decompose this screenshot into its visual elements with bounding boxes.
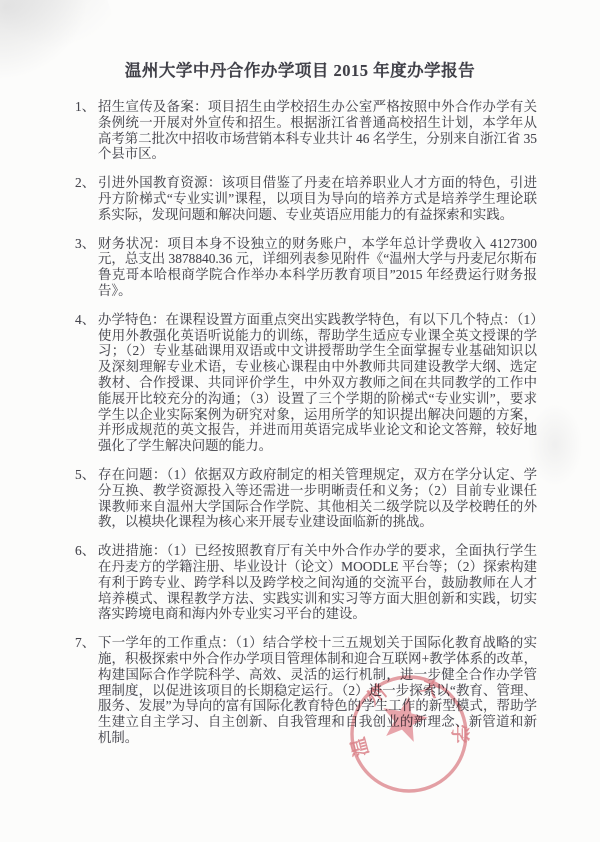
paragraph-text: 引进外国教育资源：该项目借鉴了丹麦在培养职业人才方面的特色，引进丹方阶梯式“专业… — [98, 175, 537, 222]
paragraph-number: 6、 — [75, 543, 95, 559]
paragraph-number: 3、 — [75, 236, 95, 252]
document-title: 温州大学中丹合作办学项目 2015 年度办学报告 — [0, 57, 600, 81]
scanned-report-page: 温州大学中丹合作办学项目 2015 年度办学报告 1、 招生宣传及备案：项目招生… — [0, 0, 600, 842]
paragraph-finance: 3、 财务状况：项目本身不设独立的财务账户，本学年总计学费收入 4127300 … — [75, 236, 537, 299]
paragraph-text: 下一学年的工作重点：（1）结合学校十三五规划关于国际化教育战略的实施，积极探索中… — [98, 635, 537, 745]
paragraph-number: 7、 — [75, 635, 95, 651]
paragraph-text: 招生宣传及备案：项目招生由学校招生办公室严格按照中外合作办学有关条例统一开展对外… — [98, 99, 537, 161]
paragraph-text: 办学特色：在课程设置方面重点突出实践教学特色，有以下几个特点：（1）使用外教强化… — [98, 312, 537, 453]
paragraph-problems: 5、 存在问题：（1）依据双方政府制定的相关管理规定，双方在学分认定、学分互换、… — [75, 467, 537, 530]
paragraph-text: 存在问题：（1）依据双方政府制定的相关管理规定，双方在学分认定、学分互换、教学资… — [98, 467, 537, 529]
paragraph-text: 财务状况：项目本身不设独立的财务账户，本学年总计学费收入 4127300 元，总… — [98, 236, 537, 298]
report-body: 1、 招生宣传及备案：项目招生由学校招生办公室严格按照中外合作办学有关条例统一开… — [75, 99, 537, 759]
paragraph-text: 改进措施：（1）已经按照教育厅有关中外合作办学的要求，全面执行学生在丹麦方的学籍… — [98, 543, 537, 621]
paragraph-improvements: 6、 改进措施：（1）已经按照教育厅有关中外合作办学的要求，全面执行学生在丹麦方… — [75, 543, 537, 622]
paragraph-number: 5、 — [75, 467, 95, 483]
paragraph-next-year-plan: 7、 下一学年的工作重点：（1）结合学校十三五规划关于国际化教育战略的实施，积极… — [75, 635, 537, 746]
paragraph-number: 4、 — [75, 312, 95, 328]
scan-smudge-top-left — [0, 0, 126, 100]
paragraph-features: 4、 办学特色：在课程设置方面重点突出实践教学特色，有以下几个特点：（1）使用外… — [75, 312, 537, 454]
paragraph-enrollment: 1、 招生宣传及备案：项目招生由学校招生办公室严格按照中外合作办学有关条例统一开… — [75, 99, 537, 162]
paragraph-number: 1、 — [75, 99, 95, 115]
paragraph-number: 2、 — [75, 175, 95, 191]
paragraph-foreign-resources: 2、 引进外国教育资源：该项目借鉴了丹麦在培养职业人才方面的特色，引进丹方阶梯式… — [75, 175, 537, 222]
